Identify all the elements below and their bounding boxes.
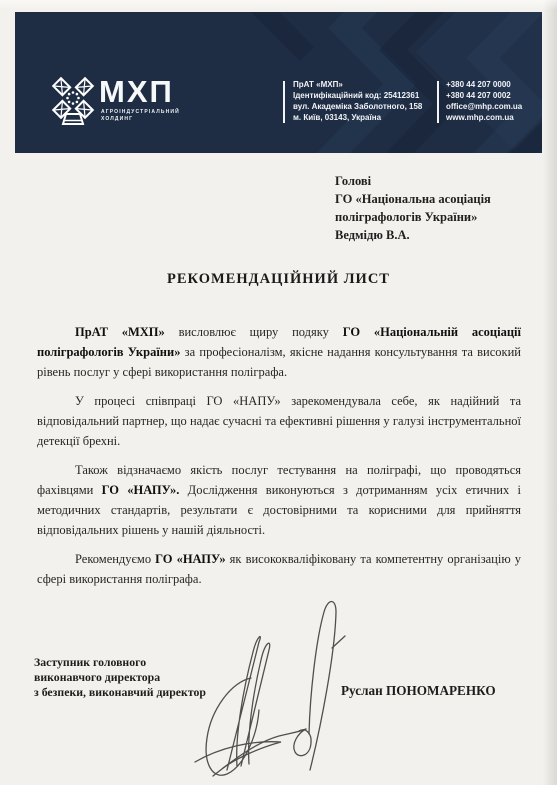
recipient-line-3: поліграфологів України» bbox=[335, 208, 491, 226]
paragraph-4: Рекомендуємо ГО «НАПУ» як висококваліфік… bbox=[37, 549, 521, 589]
letter-title: РЕКОМЕНДАЦІЙНИЙ ЛИСТ bbox=[0, 271, 557, 288]
letterhead: МХП АГРОІНДУСТРІАЛЬНИЙ ХОЛДИНГ ПрАТ «МХП… bbox=[15, 12, 542, 153]
signer-position-line-3: з безпеки, виконавчий директор bbox=[34, 685, 206, 700]
contact-website: www.mhp.com.ua bbox=[446, 112, 522, 123]
brand-tagline-line1: АГРОІНДУСТРІАЛЬНИЙ bbox=[101, 109, 180, 116]
recipient-line-1: Голові bbox=[335, 172, 491, 190]
paper-top-shade bbox=[0, 0, 557, 10]
contact-phone-2: +380 44 207 0002 bbox=[446, 90, 522, 101]
brand-tagline: АГРОІНДУСТРІАЛЬНИЙ ХОЛДИНГ bbox=[101, 109, 180, 122]
company-city: м. Київ, 03143, Україна bbox=[293, 112, 422, 123]
paragraph-1-run-bold-1: ПрАТ «МХП» bbox=[75, 325, 165, 339]
contact-email: office@mhp.com.ua bbox=[446, 101, 522, 112]
paragraph-3: Також відзначаємо якість послуг тестуван… bbox=[37, 460, 521, 540]
paragraph-4-run-bold-2: ГО «НАПУ» bbox=[155, 552, 225, 566]
contact-phone-1: +380 44 207 0000 bbox=[446, 79, 522, 90]
recipient-line-4: Ведмідю В.А. bbox=[335, 226, 491, 244]
handwritten-signature-scribble bbox=[193, 590, 353, 785]
contact-info-block: +380 44 207 0000 +380 44 207 0002 office… bbox=[446, 79, 522, 123]
paragraph-4-run-1: Рекомендуємо bbox=[75, 552, 155, 566]
signer-position-block: Заступник головного виконавчого директор… bbox=[34, 655, 206, 700]
scanned-letter-page: МХП АГРОІНДУСТРІАЛЬНИЙ ХОЛДИНГ ПрАТ «МХП… bbox=[0, 0, 557, 785]
signer-name: Руслан ПОНОМАРЕНКО bbox=[341, 683, 496, 699]
signer-position-line-1: Заступник головного bbox=[34, 655, 206, 670]
paragraph-3-run-bold-2: ГО «НАПУ». bbox=[102, 483, 180, 497]
paper-edge-shade bbox=[543, 0, 557, 785]
recipient-line-2: ГО «Національна асоціація bbox=[335, 190, 491, 208]
company-id-code: Ідентифікаційний код: 25412361 bbox=[293, 90, 422, 101]
brand-wordmark: МХП bbox=[99, 76, 174, 107]
company-street: вул. Академіка Заболотного, 158 bbox=[293, 101, 422, 112]
windmill-icon bbox=[47, 74, 99, 129]
header-divider-left bbox=[283, 81, 285, 123]
paragraph-1: ПрАТ «МХП» висловлює щиру подяку ГО «Нац… bbox=[37, 322, 521, 382]
paragraph-2-run-1: У процесі співпраці ГО «НАПУ» зарекоменд… bbox=[37, 394, 521, 448]
letter-body: ПрАТ «МХП» висловлює щиру подяку ГО «Нац… bbox=[37, 322, 521, 598]
paragraph-2: У процесі співпраці ГО «НАПУ» зарекоменд… bbox=[37, 391, 521, 451]
paragraph-1-run-2: висловлює щиру подяку bbox=[165, 325, 343, 339]
recipient-block: Голові ГО «Національна асоціація полігра… bbox=[335, 172, 491, 244]
header-divider-right bbox=[437, 81, 439, 123]
signer-position-line-2: виконавчого директора bbox=[34, 670, 206, 685]
company-info-block: ПрАТ «МХП» Ідентифікаційний код: 2541236… bbox=[293, 79, 422, 123]
company-name: ПрАТ «МХП» bbox=[293, 79, 422, 90]
brand-tagline-line2: ХОЛДИНГ bbox=[101, 116, 180, 123]
